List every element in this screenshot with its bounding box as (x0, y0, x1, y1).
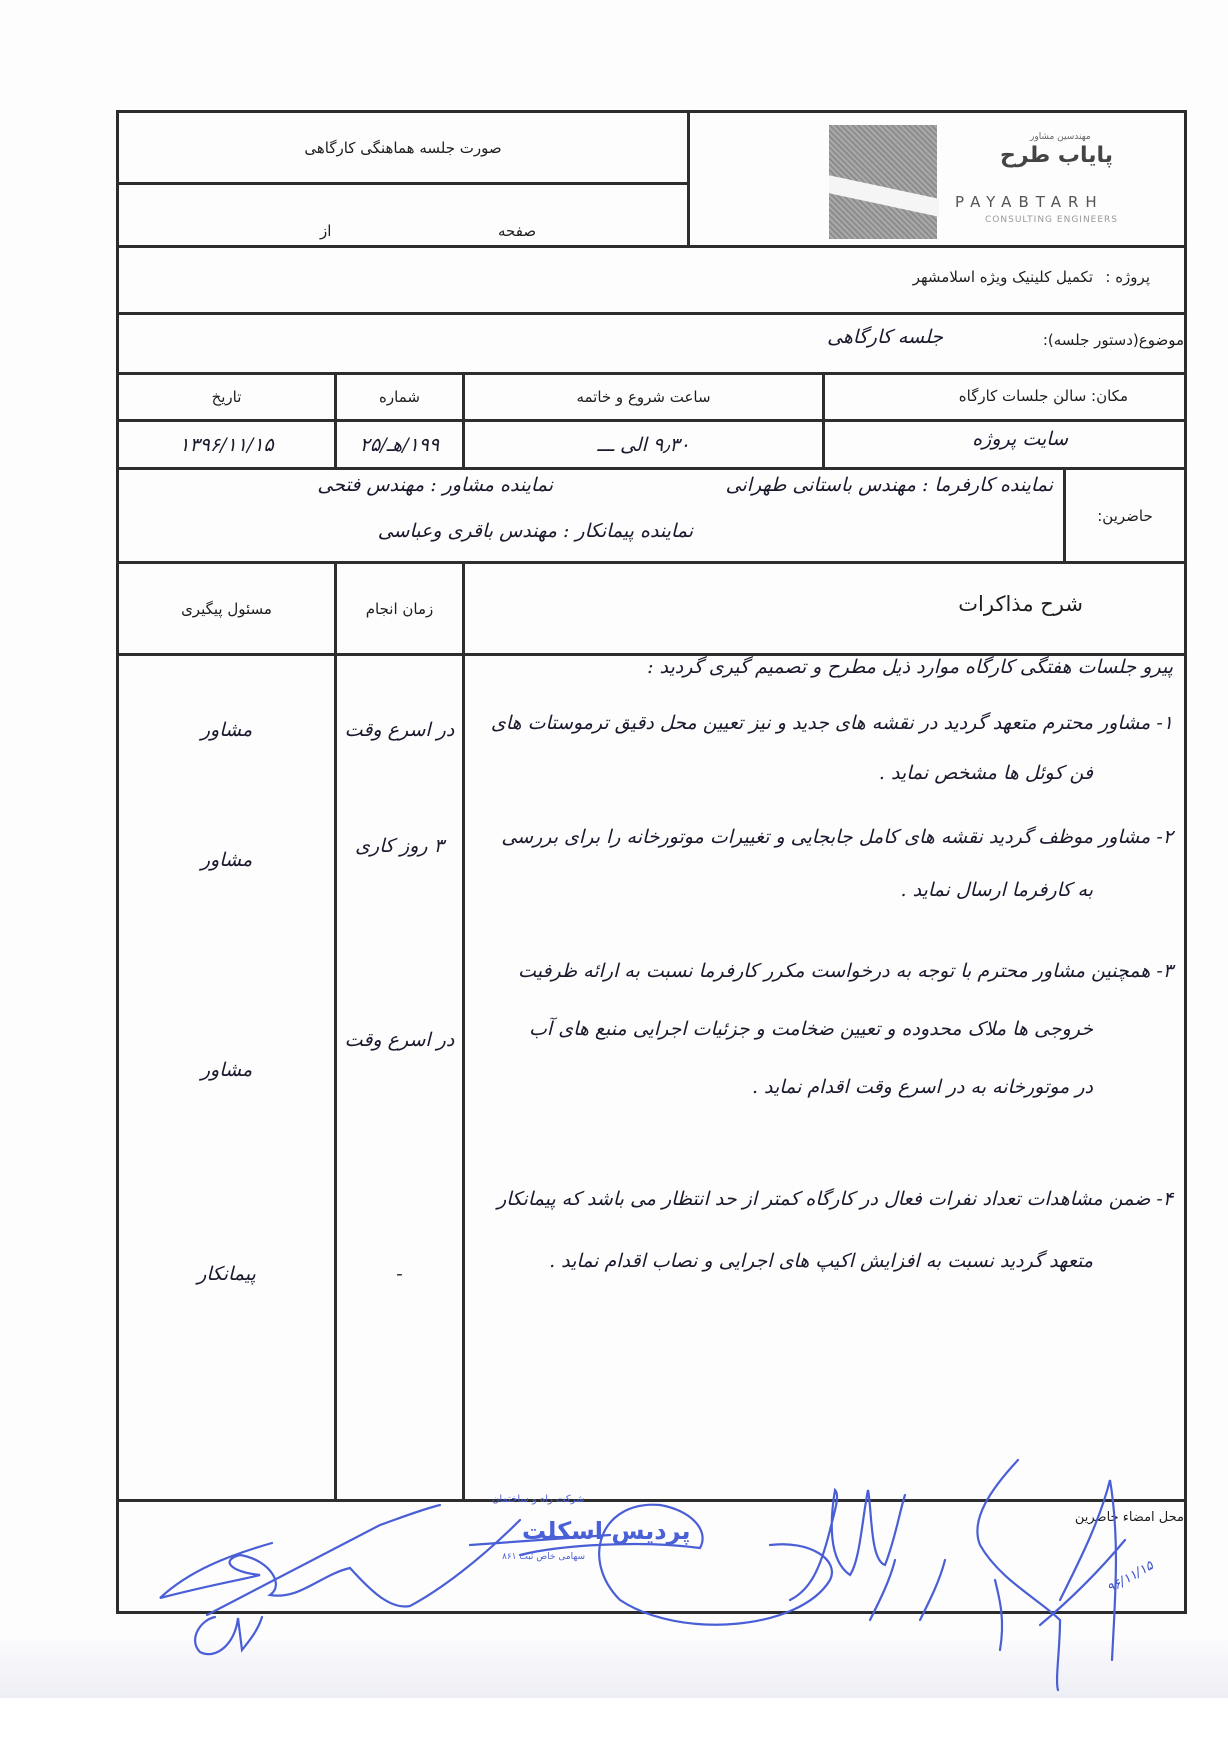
signatures-icon (0, 0, 1228, 1742)
